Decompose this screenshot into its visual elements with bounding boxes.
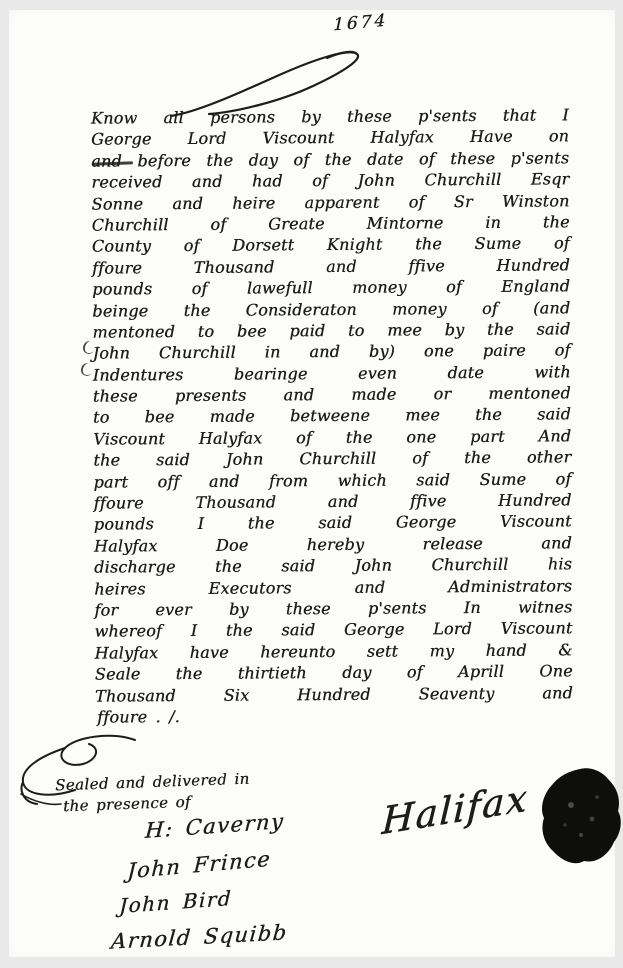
deed-line: John Churchill in and by) one paire of	[92, 340, 570, 365]
deed-line: Thousand Six Hundred Seaventy and	[95, 682, 573, 707]
deed-line: the said John Churchill of the other	[93, 447, 571, 472]
witness-signature-3: John Bird	[119, 886, 233, 918]
witness-signature-4: Arnold Squibb	[110, 920, 289, 953]
wax-seal-icon	[537, 767, 623, 867]
witness-signature-2: John Frince	[127, 847, 272, 884]
witness-signature-1: H: Caverny	[144, 809, 285, 843]
halifax-signature: Halifax	[381, 776, 530, 843]
deed-line: received and had of John Churchill Esqr	[91, 169, 569, 194]
attestation-line-2: the presence of	[63, 793, 191, 815]
deed-line: whereof I the said George Lord Viscount	[94, 618, 572, 643]
deed-line: pounds of lawefull money of England	[92, 275, 570, 300]
deed-line: George Lord Viscount Halyfax Have on	[91, 126, 569, 151]
deed-line: County of Dorsett Knight the Sume of	[92, 233, 570, 258]
deed-line: pounds I the said George Viscount	[94, 511, 572, 536]
year-annotation: 1674	[333, 11, 388, 36]
deed-line: Seale the thirtieth day of Aprill One	[95, 660, 573, 685]
deed-text: Know all persons by these p'sents that I…	[91, 104, 573, 728]
scan-frame: 1674 Know all persons by these p'sents t…	[0, 0, 623, 968]
deed-line: discharge the said John Churchill his	[94, 554, 572, 579]
document-page: 1674 Know all persons by these p'sents t…	[9, 10, 615, 957]
deed-line: ffoure . /.	[95, 703, 573, 728]
